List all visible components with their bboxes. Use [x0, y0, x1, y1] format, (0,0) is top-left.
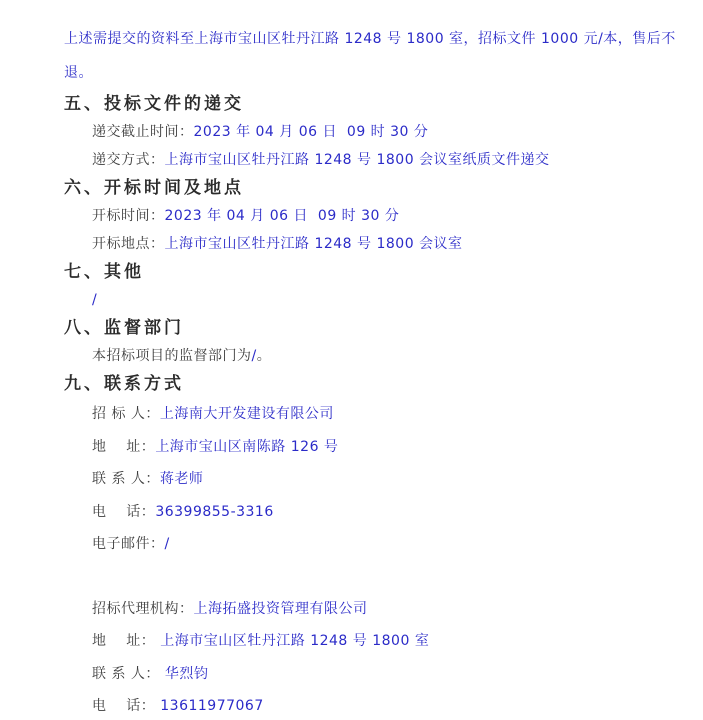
submission-method-line: 递交方式：上海市宝山区牡丹江路 1248 号 1800 会议室纸质文件递交: [64, 146, 667, 174]
submission-method-label: 递交方式：: [92, 152, 165, 168]
section-7-title: 七、其他: [64, 258, 667, 286]
section-5-title: 五、投标文件的递交: [64, 90, 667, 118]
agency-contact-line: 联 系 人： 华烈钧: [64, 658, 667, 691]
tenderer-email-label: 电子邮件：: [92, 536, 165, 552]
tenderer-contact-label: 联 系 人：: [92, 471, 160, 487]
tenderer-address-label: 地 址：: [92, 439, 155, 455]
tenderer-label: 招 标 人：: [92, 406, 160, 422]
bid-opening-time-line: 开标时间：2023 年 04 月 06 日 09 时 30 分: [64, 202, 667, 230]
intro-line-2: 退。: [64, 56, 667, 90]
submission-method-value: 上海市宝山区牡丹江路 1248 号 1800 会议室纸质文件递交: [165, 152, 550, 168]
tenderer-contact-value: 蒋老师: [160, 471, 204, 487]
agency-contact-label: 联 系 人：: [92, 666, 160, 682]
intro-paragraph: 上述需提交的资料至上海市宝山区牡丹江路 1248 号 1800 室，招标文件 1…: [64, 22, 667, 90]
tenderer-phone-label: 电 话：: [92, 504, 155, 520]
agency-line: 招标代理机构：上海拓盛投资管理有限公司: [64, 593, 667, 626]
section-9-title: 九、联系方式: [64, 370, 667, 398]
tenderer-phone-line: 电 话：36399855-3316: [64, 496, 667, 529]
agency-phone-line: 电 话： 13611977067: [64, 690, 667, 720]
supervision-text-after: 。: [257, 348, 272, 364]
tenderer-contact-line: 联 系 人：蒋老师: [64, 463, 667, 496]
tenderer-address-line: 地 址：上海市宝山区南陈路 126 号: [64, 431, 667, 464]
tenderer-line: 招 标 人：上海南大开发建设有限公司: [64, 398, 667, 431]
tenderer-value: 上海南大开发建设有限公司: [160, 406, 334, 422]
agency-phone-value: 13611977067: [155, 698, 263, 714]
submission-deadline-value: 2023 年 04 月 06 日 09 时 30 分: [194, 124, 429, 140]
blank-line: [64, 561, 667, 593]
agency-value: 上海拓盛投资管理有限公司: [194, 601, 368, 617]
bid-opening-time-label: 开标时间：: [92, 208, 165, 224]
bid-opening-place-value: 上海市宝山区牡丹江路 1248 号 1800 会议室: [165, 236, 463, 252]
agency-address-label: 地 址：: [92, 633, 155, 649]
other-content-value: /: [92, 292, 97, 308]
agency-contact-value: 华烈钧: [160, 666, 208, 682]
supervision-line: 本招标项目的监督部门为/。: [64, 342, 667, 370]
intro-line-1: 上述需提交的资料至上海市宝山区牡丹江路 1248 号 1800 室，招标文件 1…: [64, 22, 667, 56]
agency-address-value: 上海市宝山区牡丹江路 1248 号 1800 室: [155, 633, 429, 649]
submission-deadline-label: 递交截止时间：: [92, 124, 194, 140]
tenderer-phone-value: 36399855-3316: [155, 504, 273, 520]
section-6-title: 六、开标时间及地点: [64, 174, 667, 202]
tender-document-page: 上述需提交的资料至上海市宝山区牡丹江路 1248 号 1800 室，招标文件 1…: [0, 0, 703, 720]
agency-label: 招标代理机构：: [92, 601, 194, 617]
tenderer-address-value: 上海市宝山区南陈路 126 号: [155, 439, 338, 455]
bid-opening-place-line: 开标地点：上海市宝山区牡丹江路 1248 号 1800 会议室: [64, 230, 667, 258]
bid-opening-time-value: 2023 年 04 月 06 日 09 时 30 分: [165, 208, 400, 224]
bid-opening-place-label: 开标地点：: [92, 236, 165, 252]
submission-deadline-line: 递交截止时间：2023 年 04 月 06 日 09 时 30 分: [64, 118, 667, 146]
tenderer-email-line: 电子邮件：/: [64, 528, 667, 561]
tenderer-email-value: /: [165, 536, 170, 552]
agency-address-line: 地 址： 上海市宝山区牡丹江路 1248 号 1800 室: [64, 625, 667, 658]
agency-phone-label: 电 话：: [92, 698, 155, 714]
other-content-line: /: [64, 286, 667, 314]
supervision-text-before: 本招标项目的监督部门为: [92, 348, 252, 364]
section-8-title: 八、监督部门: [64, 314, 667, 342]
